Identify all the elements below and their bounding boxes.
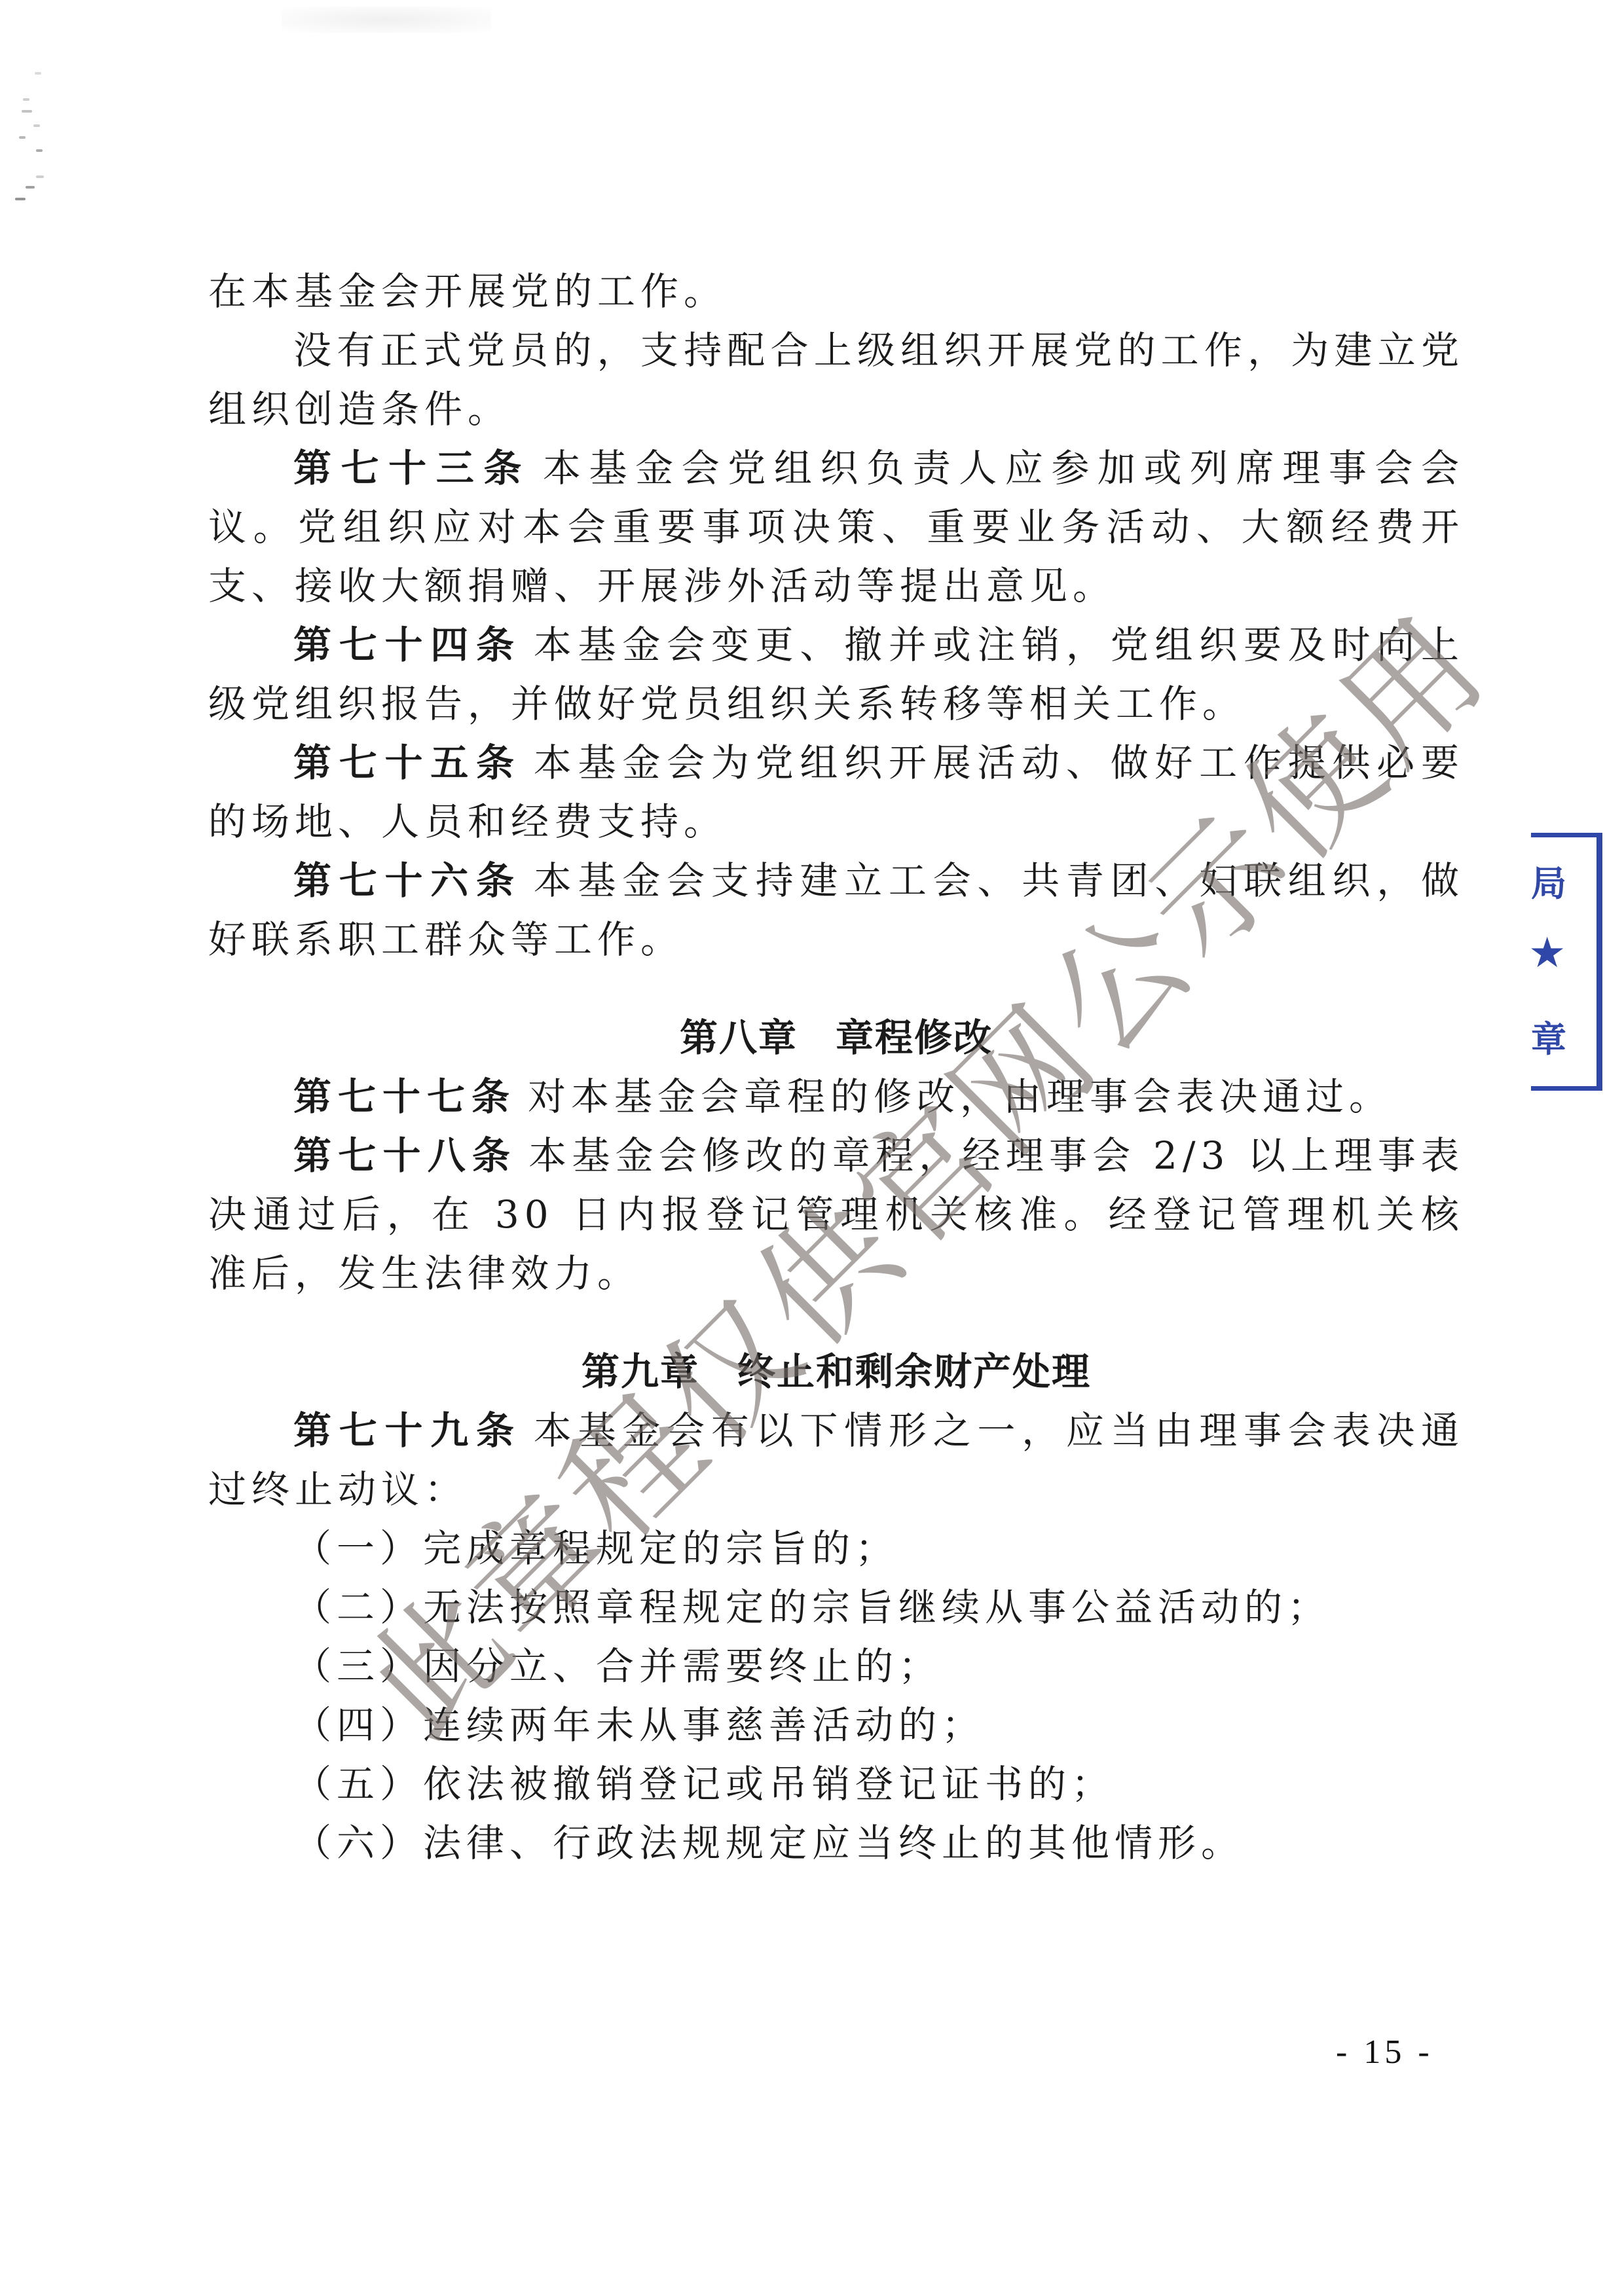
list-item: （三）因分立、合并需要终止的； bbox=[208, 1637, 1464, 1696]
chapter-title: 终止和剩余财产处理 bbox=[737, 1349, 1091, 1394]
chapter-title: 章程修改 bbox=[836, 1015, 993, 1060]
paragraph-text: 在本基金会开展党的工作。 bbox=[208, 269, 727, 314]
scan-smudge bbox=[282, 7, 491, 33]
list-item: （六）法律、行政法规规定应当终止的其他情形。 bbox=[208, 1813, 1464, 1872]
article-label: 第七十八条 bbox=[293, 1133, 517, 1178]
list-item: （四）连续两年未从事慈善活动的； bbox=[208, 1696, 1464, 1755]
article-label: 第七十九条 bbox=[293, 1408, 522, 1453]
chapter-8-heading: 第八章章程修改 bbox=[208, 1008, 1464, 1067]
article-76: 第七十六条本基金会支持建立工会、共青团、妇联组织，做好联系职工群众等工作。 bbox=[208, 851, 1464, 969]
spacer bbox=[208, 1303, 1464, 1342]
article-75: 第七十五条本基金会为党组织开展活动、做好工作提供必要的场地、人员和经费支持。 bbox=[208, 733, 1464, 851]
page-number: - 15 - bbox=[1336, 2033, 1433, 2071]
binding-hole-marks bbox=[10, 72, 49, 203]
article-74: 第七十四条本基金会变更、撤并或注销，党组织要及时向上级党组织报告，并做好党员组织… bbox=[208, 615, 1464, 733]
seal-char: 章 bbox=[1531, 1011, 1566, 1062]
official-seal-fragment: 局 ★ 章 bbox=[1531, 833, 1602, 1091]
document-body: 在本基金会开展党的工作。 没有正式党员的，支持配合上级组织开展党的工作，为建立党… bbox=[208, 262, 1464, 1872]
article-label: 第七十五条 bbox=[293, 740, 522, 785]
paragraph-text: 没有正式党员的，支持配合上级组织开展党的工作，为建立党组织创造条件。 bbox=[208, 328, 1464, 431]
seal-char: 局 bbox=[1531, 856, 1566, 906]
spacer bbox=[208, 969, 1464, 1008]
article-label: 第七十七条 bbox=[293, 1074, 516, 1119]
article-73: 第七十三条本基金会党组织负责人应参加或列席理事会会议。党组织应对本会重要事项决策… bbox=[208, 439, 1464, 615]
chapter-number: 第八章 bbox=[680, 1015, 798, 1060]
list-item: （一）完成章程规定的宗旨的； bbox=[208, 1519, 1464, 1578]
article-label: 第七十四条 bbox=[293, 623, 522, 667]
article-text: 对本基金会章程的修改，由理事会表决通过。 bbox=[528, 1074, 1392, 1119]
chapter-number: 第九章 bbox=[581, 1349, 699, 1394]
document-page: 在本基金会开展党的工作。 没有正式党员的，支持配合上级组织开展党的工作，为建立党… bbox=[0, 0, 1624, 2296]
list-item: （五）依法被撤销登记或吊销登记证书的； bbox=[208, 1755, 1464, 1813]
list-item: （二）无法按照章程规定的宗旨继续从事公益活动的； bbox=[208, 1578, 1464, 1637]
article-78: 第七十八条本基金会修改的章程，经理事会 2/3 以上理事表决通过后，在 30 日… bbox=[208, 1126, 1464, 1303]
star-icon: ★ bbox=[1528, 929, 1566, 977]
chapter-9-heading: 第九章终止和剩余财产处理 bbox=[208, 1342, 1464, 1401]
article-label: 第七十六条 bbox=[293, 858, 522, 903]
paragraph: 没有正式党员的，支持配合上级组织开展党的工作，为建立党组织创造条件。 bbox=[208, 321, 1464, 439]
article-77: 第七十七条对本基金会章程的修改，由理事会表决通过。 bbox=[208, 1067, 1464, 1126]
article-79: 第七十九条本基金会有以下情形之一，应当由理事会表决通过终止动议： bbox=[208, 1401, 1464, 1519]
paragraph-continuation: 在本基金会开展党的工作。 bbox=[208, 262, 1464, 321]
article-label: 第七十三条 bbox=[293, 446, 531, 490]
